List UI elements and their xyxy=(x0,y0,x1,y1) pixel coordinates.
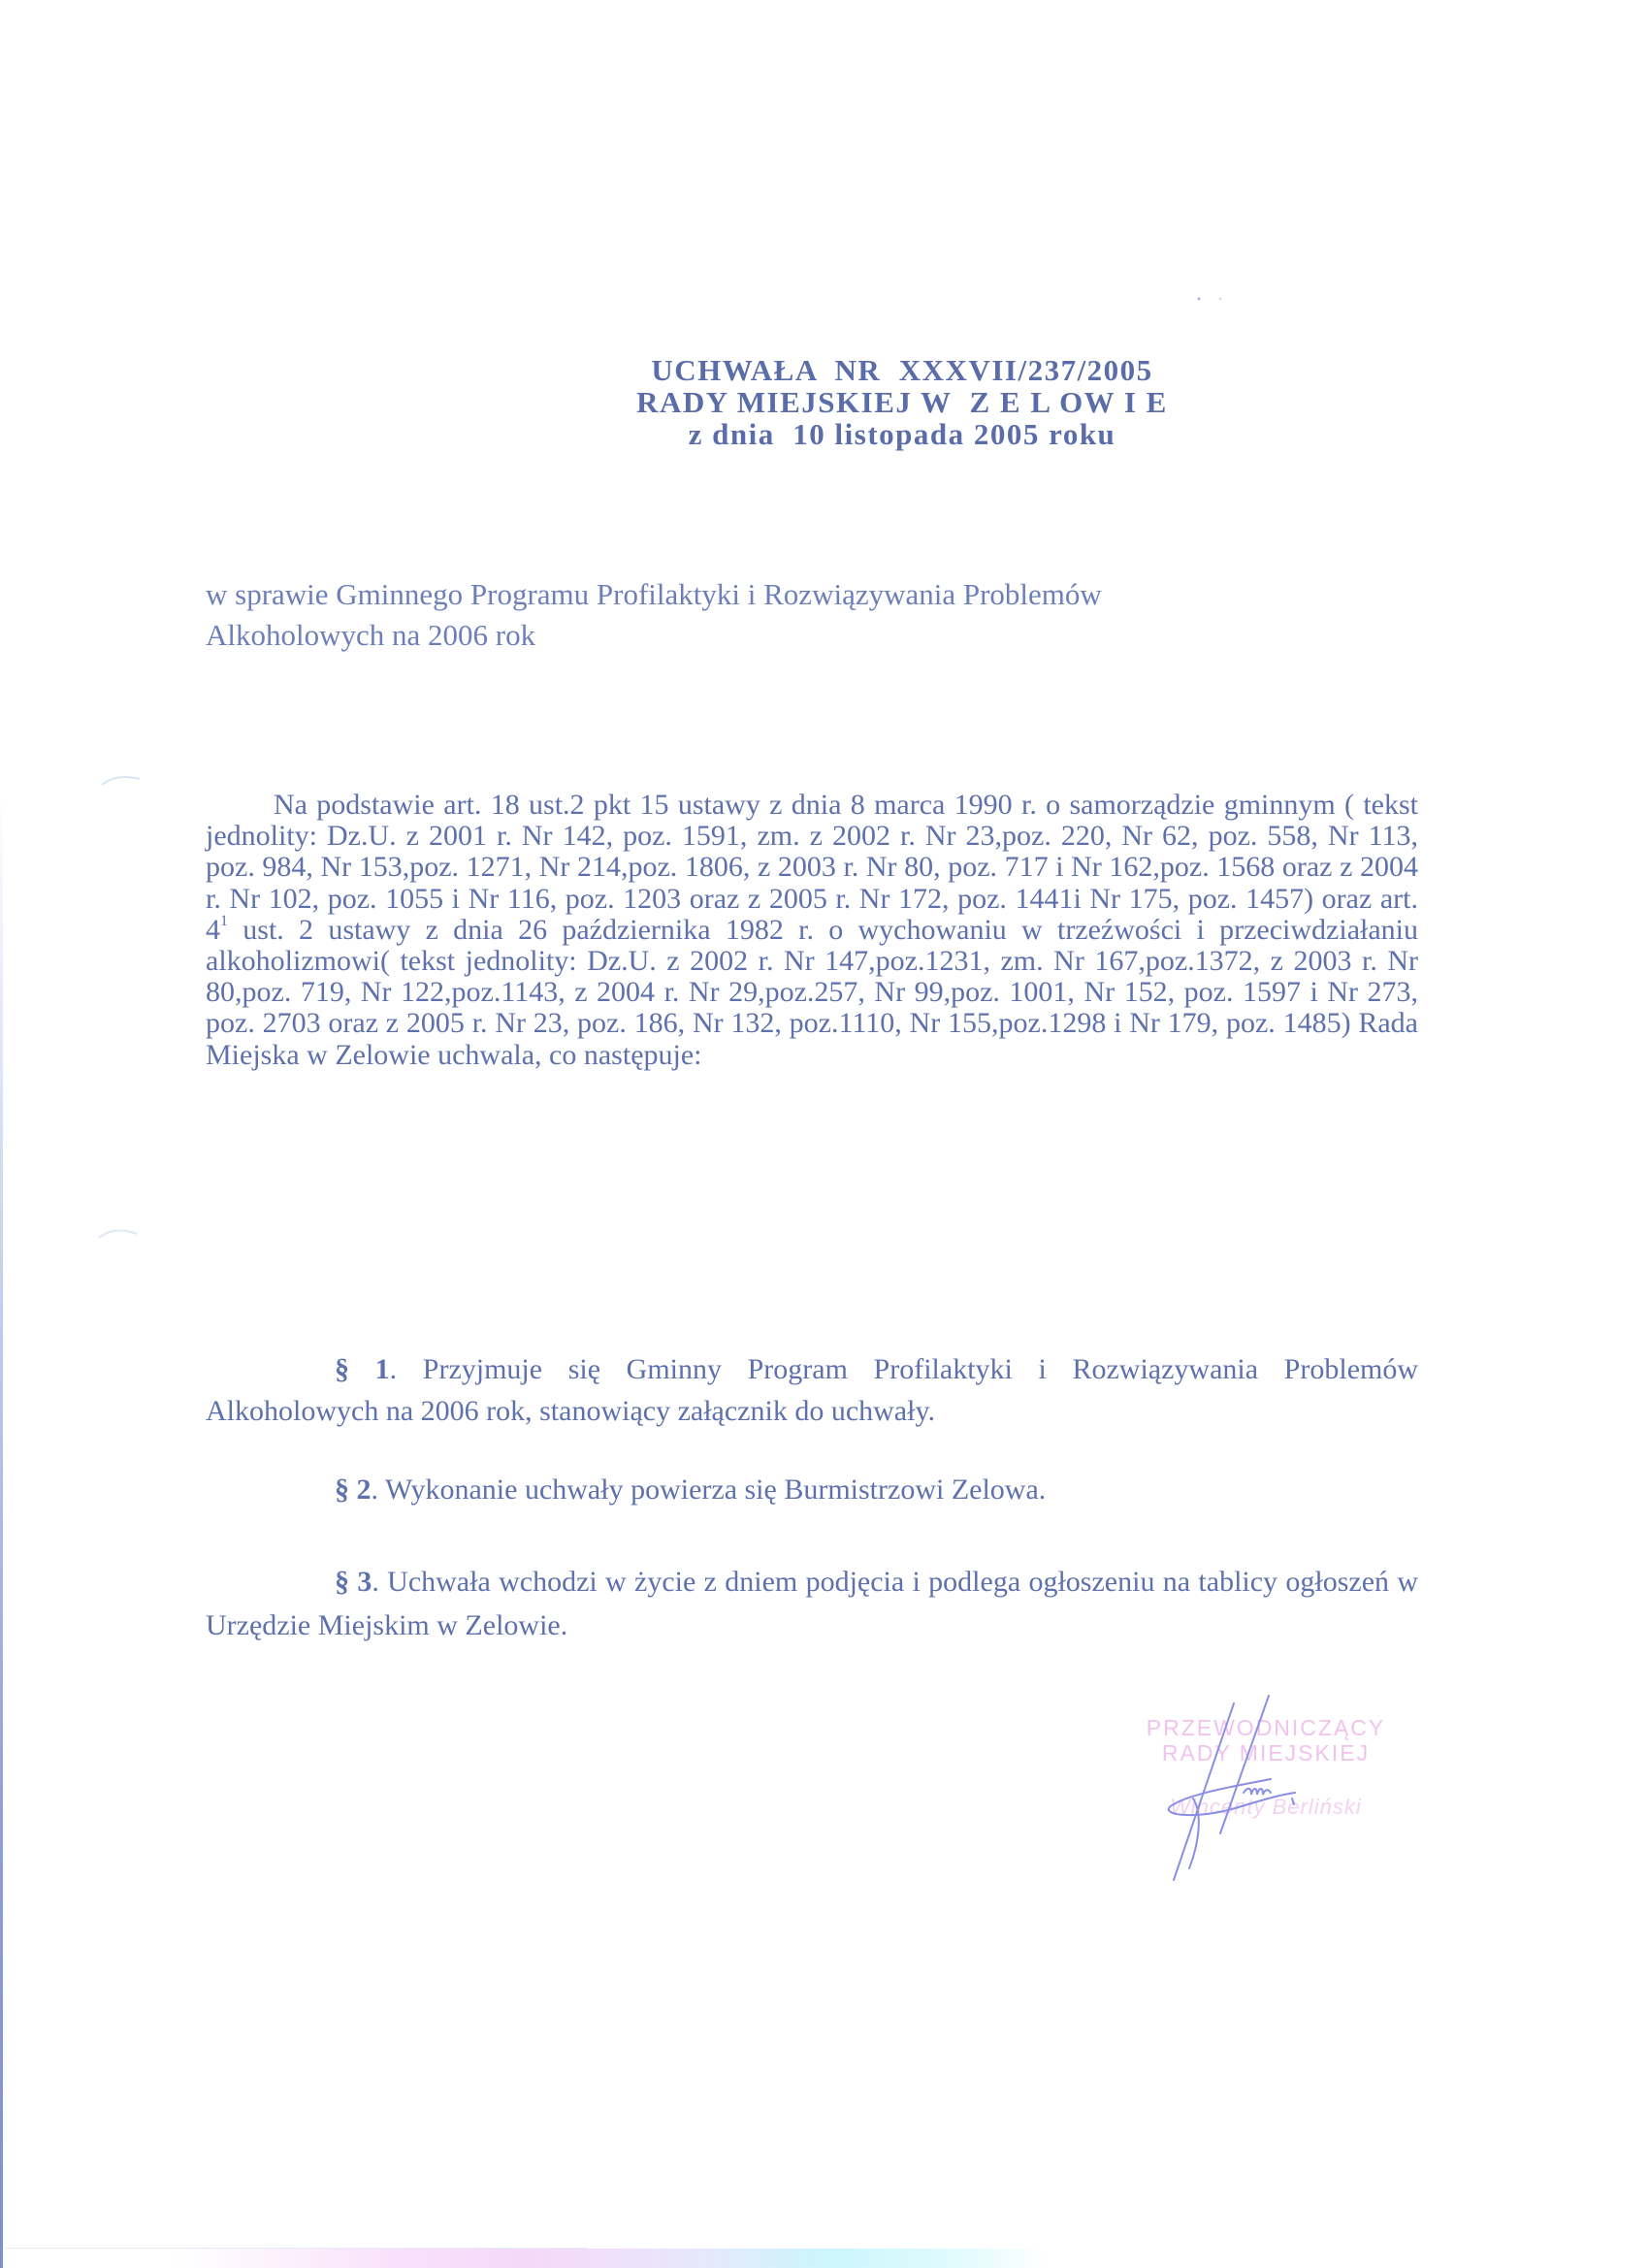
resolution-subject: w sprawie Gminnego Programu Profilaktyki… xyxy=(206,574,1428,656)
subject-line-1: w sprawie Gminnego Programu Profilaktyki… xyxy=(206,574,1428,615)
resolution-date: z dnia 10 listopada 2005 roku xyxy=(543,418,1261,450)
subject-line-2: Alkoholowych na 2006 rok xyxy=(206,615,1428,656)
scan-color-strip xyxy=(175,2249,1048,2268)
section-2-sign: § 2 xyxy=(335,1474,372,1506)
section-1-sign: § 1 xyxy=(335,1353,390,1385)
section-2: § 2. Wykonanie uchwały powierza się Burm… xyxy=(206,1474,1418,1506)
resolution-number: UCHWAŁA NR XXXVII/237/2005 xyxy=(543,354,1261,386)
legal-basis-superscript: 1 xyxy=(220,913,228,929)
handwritten-signature-icon xyxy=(1135,1678,1426,1901)
section-3-sign: § 3 xyxy=(335,1566,372,1598)
scan-artifact-mark xyxy=(94,1224,143,1244)
issuing-body: RADY MIEJSKIEJ W Z E L OW I E xyxy=(543,386,1261,418)
section-3-text: . Uchwała wchodzi w życie z dniem podjęc… xyxy=(206,1566,1418,1641)
section-1: § 1. Przyjmuje się Gminny Program Profil… xyxy=(206,1348,1418,1432)
legal-basis-paragraph: Na podstawie art. 18 ust.2 pkt 15 ustawy… xyxy=(206,790,1418,1071)
legal-basis-part-2: ust. 2 ustawy z dnia 26 października 198… xyxy=(206,914,1418,1071)
section-3: § 3. Uchwała wchodzi w życie z dniem pod… xyxy=(206,1560,1418,1647)
scan-page-edge xyxy=(0,0,3,2268)
section-2-text: . Wykonanie uchwały powierza się Burmist… xyxy=(372,1474,1047,1506)
resolution-heading: UCHWAŁA NR XXXVII/237/2005 RADY MIEJSKIE… xyxy=(543,354,1261,450)
scan-artifact-mark xyxy=(97,771,145,791)
scan-artifact-dots xyxy=(1191,291,1249,307)
